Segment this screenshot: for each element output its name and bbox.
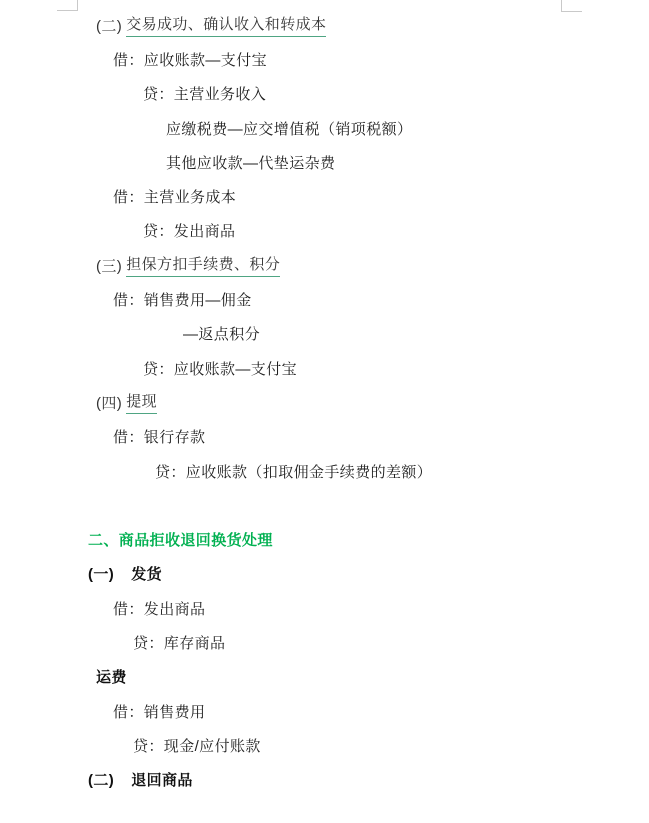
journal-entry-debit: 借：主营业务成本 xyxy=(0,179,649,213)
subsection-heading-2: (二) 交易成功、确认收入和转成本 xyxy=(0,8,649,42)
journal-entry-credit-sub: 应缴税费—应交增值税（销项税额） xyxy=(0,111,649,145)
document-content: (二) 交易成功、确认收入和转成本 借：应收账款—支付宝 贷：主营业务收入 应缴… xyxy=(0,8,649,797)
journal-entry-debit: 借：销售费用 xyxy=(0,694,649,728)
heading-number: (一) xyxy=(88,563,114,584)
subsection-number: (三) xyxy=(96,255,122,276)
document-page: (二) 交易成功、确认收入和转成本 借：应收账款—支付宝 贷：主营业务收入 应缴… xyxy=(0,0,649,823)
journal-entry-credit: 贷：应收账款（扣取佣金手续费的差额） xyxy=(0,454,649,488)
journal-entry-debit: 借：银行存款 xyxy=(0,420,649,454)
journal-entry-credit: 贷：应收账款—支付宝 xyxy=(0,351,649,385)
journal-entry-credit: 贷：主营业务收入 xyxy=(0,77,649,111)
journal-entry-debit: 借：销售费用—佣金 xyxy=(0,282,649,316)
subsection-number: (四) xyxy=(96,392,122,413)
journal-entry-credit: 贷：发出商品 xyxy=(0,214,649,248)
numbered-heading-1: (一) 发货 xyxy=(0,557,649,591)
subsection-heading-4: (四) 提现 xyxy=(0,385,649,419)
heading-number: (二) xyxy=(88,769,114,790)
subsection-title: 交易成功、确认收入和转成本 xyxy=(126,13,326,37)
section-heading-2: 二、商品拒收退回换货处理 xyxy=(0,522,649,556)
subsection-title: 担保方扣手续费、积分 xyxy=(126,253,280,277)
heading-label: 退回商品 xyxy=(131,769,193,790)
journal-entry-credit-sub: 其他应收款—代垫运杂费 xyxy=(0,145,649,179)
heading-label: 发货 xyxy=(131,563,162,584)
numbered-heading-2: (二) 退回商品 xyxy=(0,763,649,797)
subsection-number: (二) xyxy=(96,15,122,36)
subsection-heading-3: (三) 担保方扣手续费、积分 xyxy=(0,248,649,282)
journal-entry-debit: 借：应收账款—支付宝 xyxy=(0,42,649,76)
paragraph-heading-freight: 运费 xyxy=(0,660,649,694)
journal-entry-credit: 贷：现金/应付账款 xyxy=(0,728,649,762)
subsection-title: 提现 xyxy=(126,390,157,414)
journal-entry-debit: 借：发出商品 xyxy=(0,591,649,625)
journal-entry-debit-sub: —返点积分 xyxy=(0,317,649,351)
empty-line xyxy=(0,488,649,522)
journal-entry-credit: 贷：库存商品 xyxy=(0,625,649,659)
